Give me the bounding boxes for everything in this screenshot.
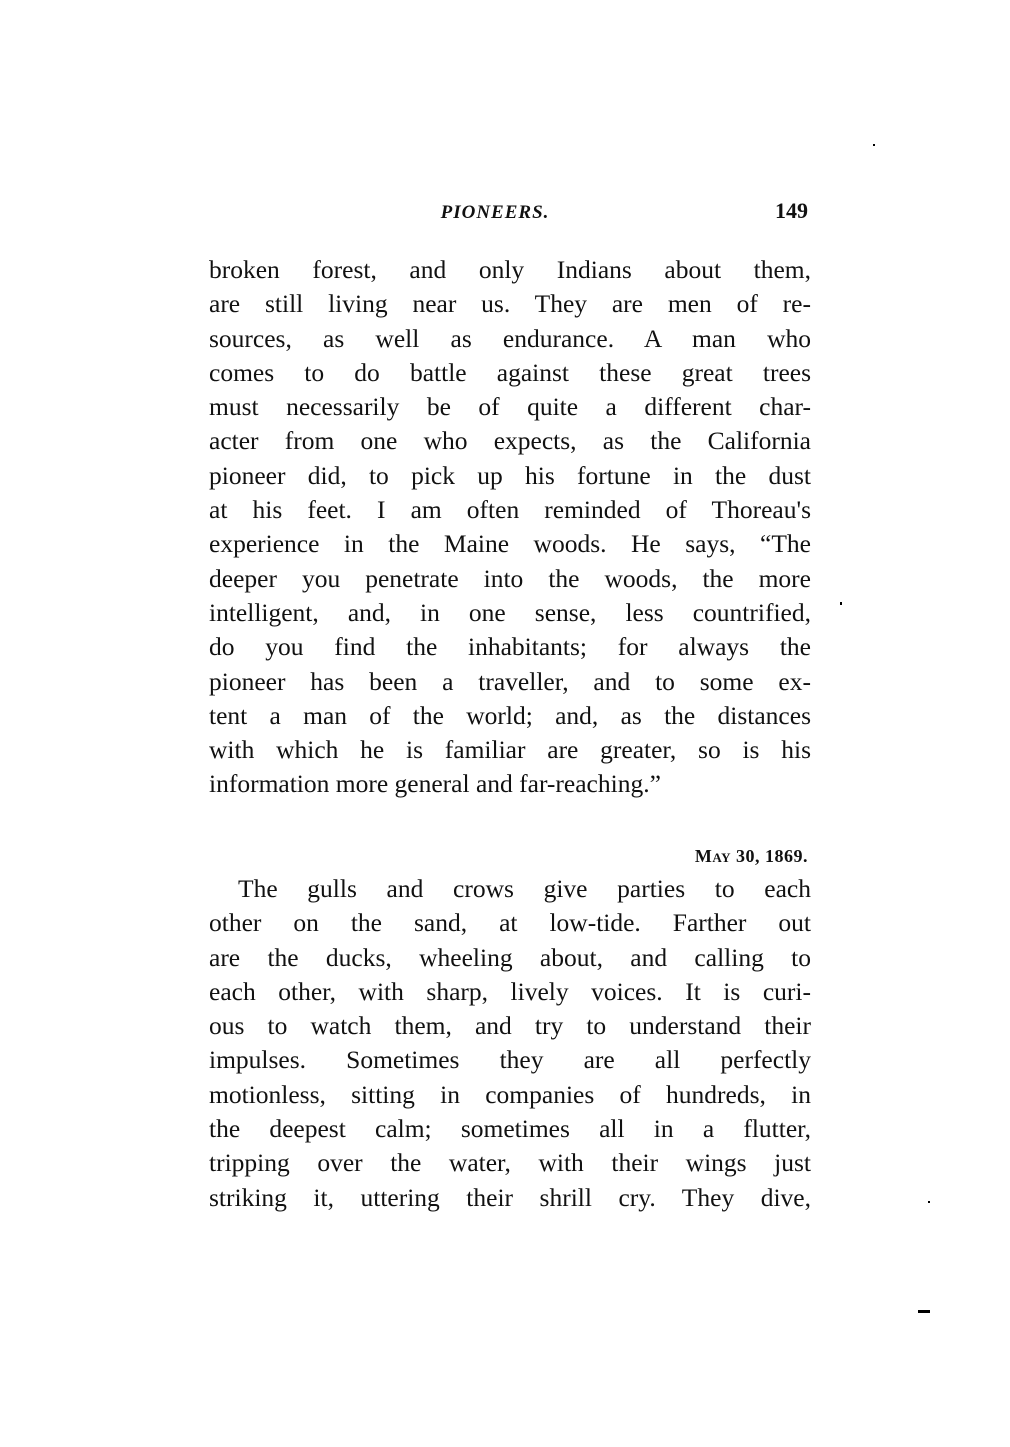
text-line: sources, as well as endurance. A man who (209, 322, 811, 356)
page-number: 149 (775, 198, 808, 224)
text-line: acter from one who expects, as the Calif… (209, 424, 811, 458)
text-line: comes to do battle against these great t… (209, 356, 811, 390)
text-line: do you find the inhabitants; for always … (209, 630, 811, 664)
text-line: intelligent, and, in one sense, less cou… (209, 596, 811, 630)
paragraph-continued: broken forest, and only Indians about th… (209, 253, 811, 802)
journal-entry: The gulls and crows give parties to each… (209, 872, 811, 1215)
text-line: deeper you penetrate into the woods, the… (209, 562, 811, 596)
text-line: with which he is familiar are greater, s… (209, 733, 811, 767)
text-line: are still living near us. They are men o… (209, 287, 811, 321)
scan-speck (928, 1201, 930, 1203)
text-line: tripping over the water, with their wing… (209, 1146, 811, 1180)
running-head: PIONEERS. 149 (208, 198, 812, 228)
text-line: striking it, uttering their shrill cry. … (209, 1181, 811, 1215)
scan-speck (873, 144, 875, 146)
entry-date: May 30, 1869. (695, 846, 808, 867)
text-line: motionless, sitting in companies of hund… (209, 1078, 811, 1112)
text-line: impulses. Sometimes they are all perfect… (209, 1043, 811, 1077)
text-line: other on the sand, at low-tide. Farther … (209, 906, 811, 940)
text-line: at his feet. I am often reminded of Thor… (209, 493, 811, 527)
text-line: the deepest calm; sometimes all in a flu… (209, 1112, 811, 1146)
running-title: PIONEERS. (238, 202, 812, 224)
text-line: tent a man of the world; and, as the dis… (209, 699, 811, 733)
text-line: The gulls and crows give parties to each (209, 872, 811, 906)
book-page: PIONEERS. 149 broken forest, and only In… (0, 0, 1010, 1447)
text-line: information more general and far-reachin… (209, 767, 811, 801)
text-line: broken forest, and only Indians about th… (209, 253, 811, 287)
text-line: each other, with sharp, lively voices. I… (209, 975, 811, 1009)
text-line: pioneer has been a traveller, and to som… (209, 665, 811, 699)
text-line: must necessarily be of quite a different… (209, 390, 811, 424)
text-line: pioneer did, to pick up his fortune in t… (209, 459, 811, 493)
text-line: ous to watch them, and try to understand… (209, 1009, 811, 1043)
scan-dash (918, 1310, 930, 1313)
text-line: are the ducks, wheeling about, and calli… (209, 941, 811, 975)
text-line: experience in the Maine woods. He says, … (209, 527, 811, 561)
scan-speck (840, 602, 842, 605)
